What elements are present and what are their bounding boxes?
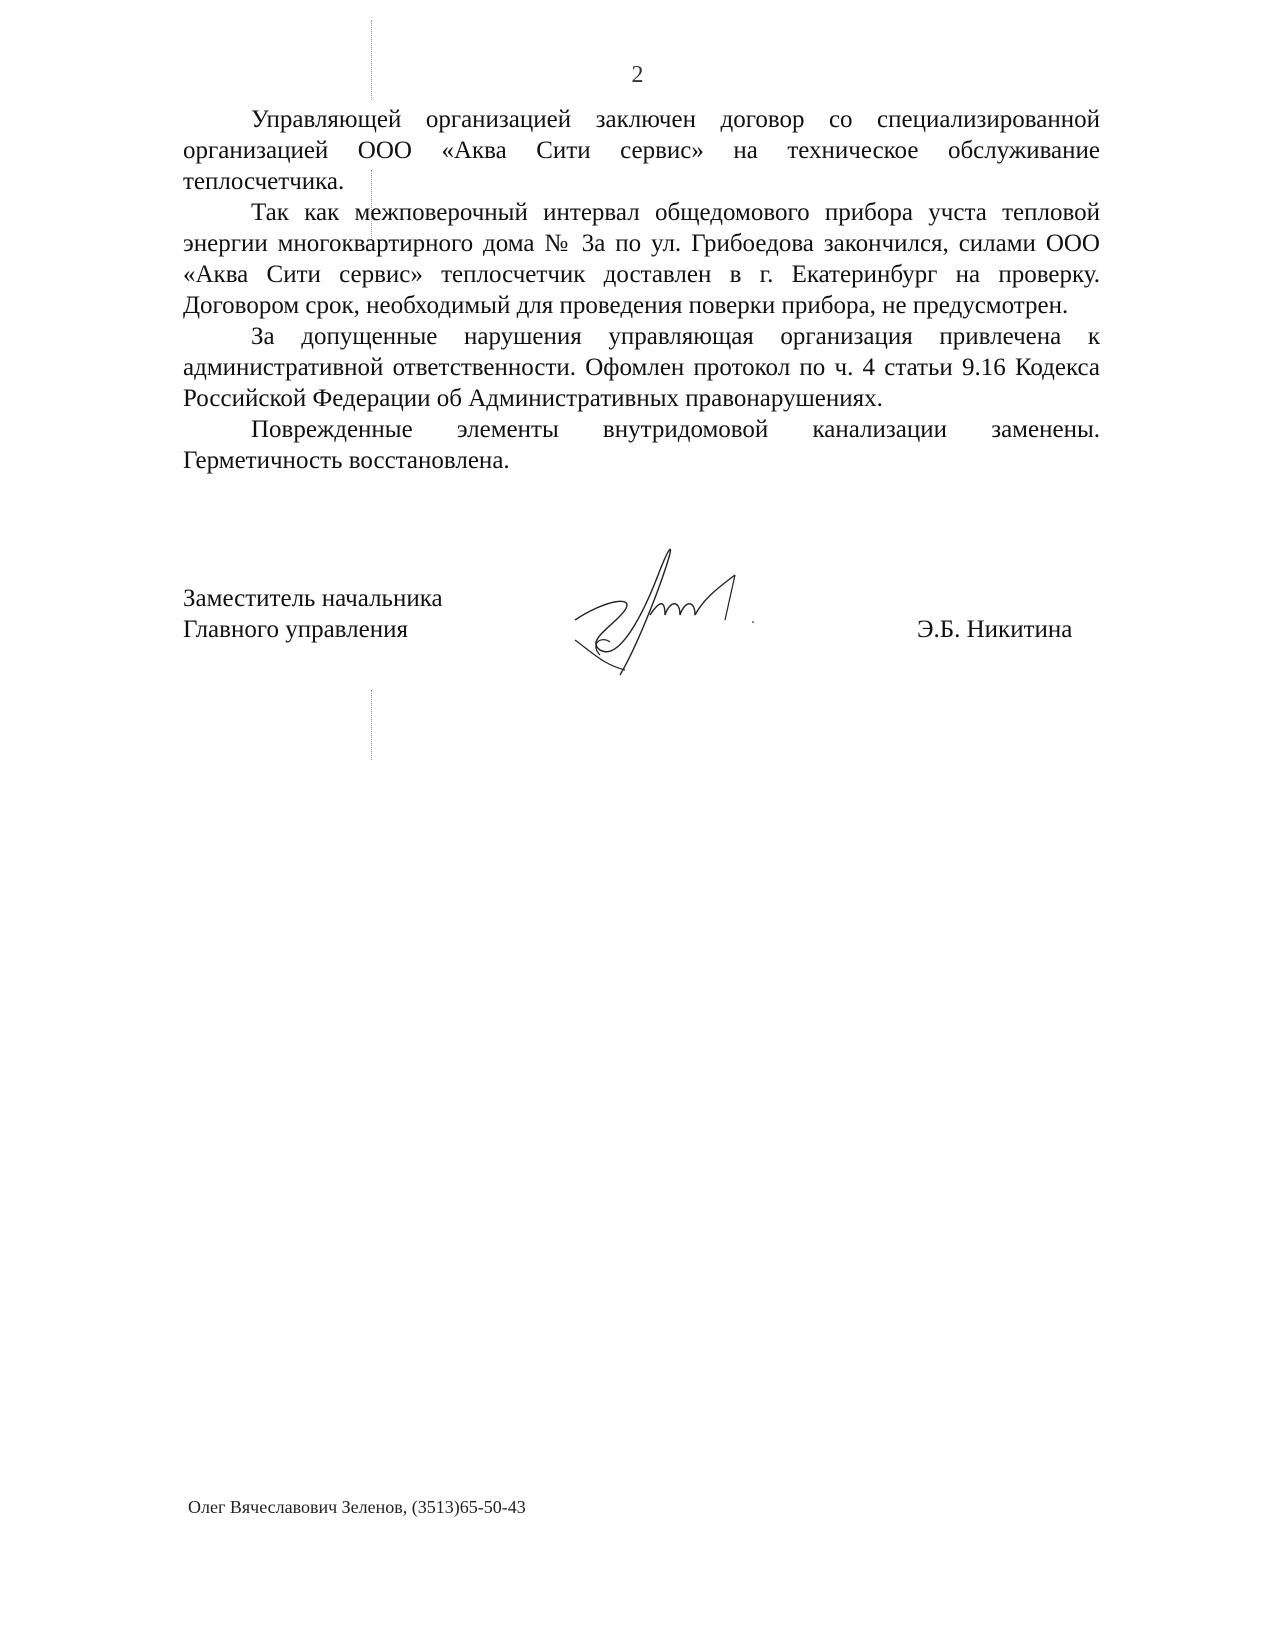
signer-name: Э.Б. Никитина [917,614,1072,645]
scan-artifact [371,690,374,760]
signer-position-line1: Заместитель начальника [183,583,443,614]
document-body: Управляющей организацией заключен догово… [183,104,1100,476]
signer-position-line2: Главного управления [183,614,443,645]
signer-position: Заместитель начальника Главного управлен… [183,583,443,645]
paragraph-administrative-liability: За допущенные нарушения управляющая орга… [183,321,1100,414]
paragraph-heat-meter-verification: Так как межповерочный интервал общедомов… [183,197,1100,321]
handwritten-signature-icon [565,530,775,680]
paragraph-sewage-repair: Поврежденные элементы внутридомовой кана… [183,414,1100,476]
executor-contact: Олег Вячеславович Зеленов, (3513)65-50-4… [188,1497,526,1518]
page-number: 2 [0,62,1275,89]
paragraph-service-contract: Управляющей организацией заключен догово… [183,104,1100,197]
